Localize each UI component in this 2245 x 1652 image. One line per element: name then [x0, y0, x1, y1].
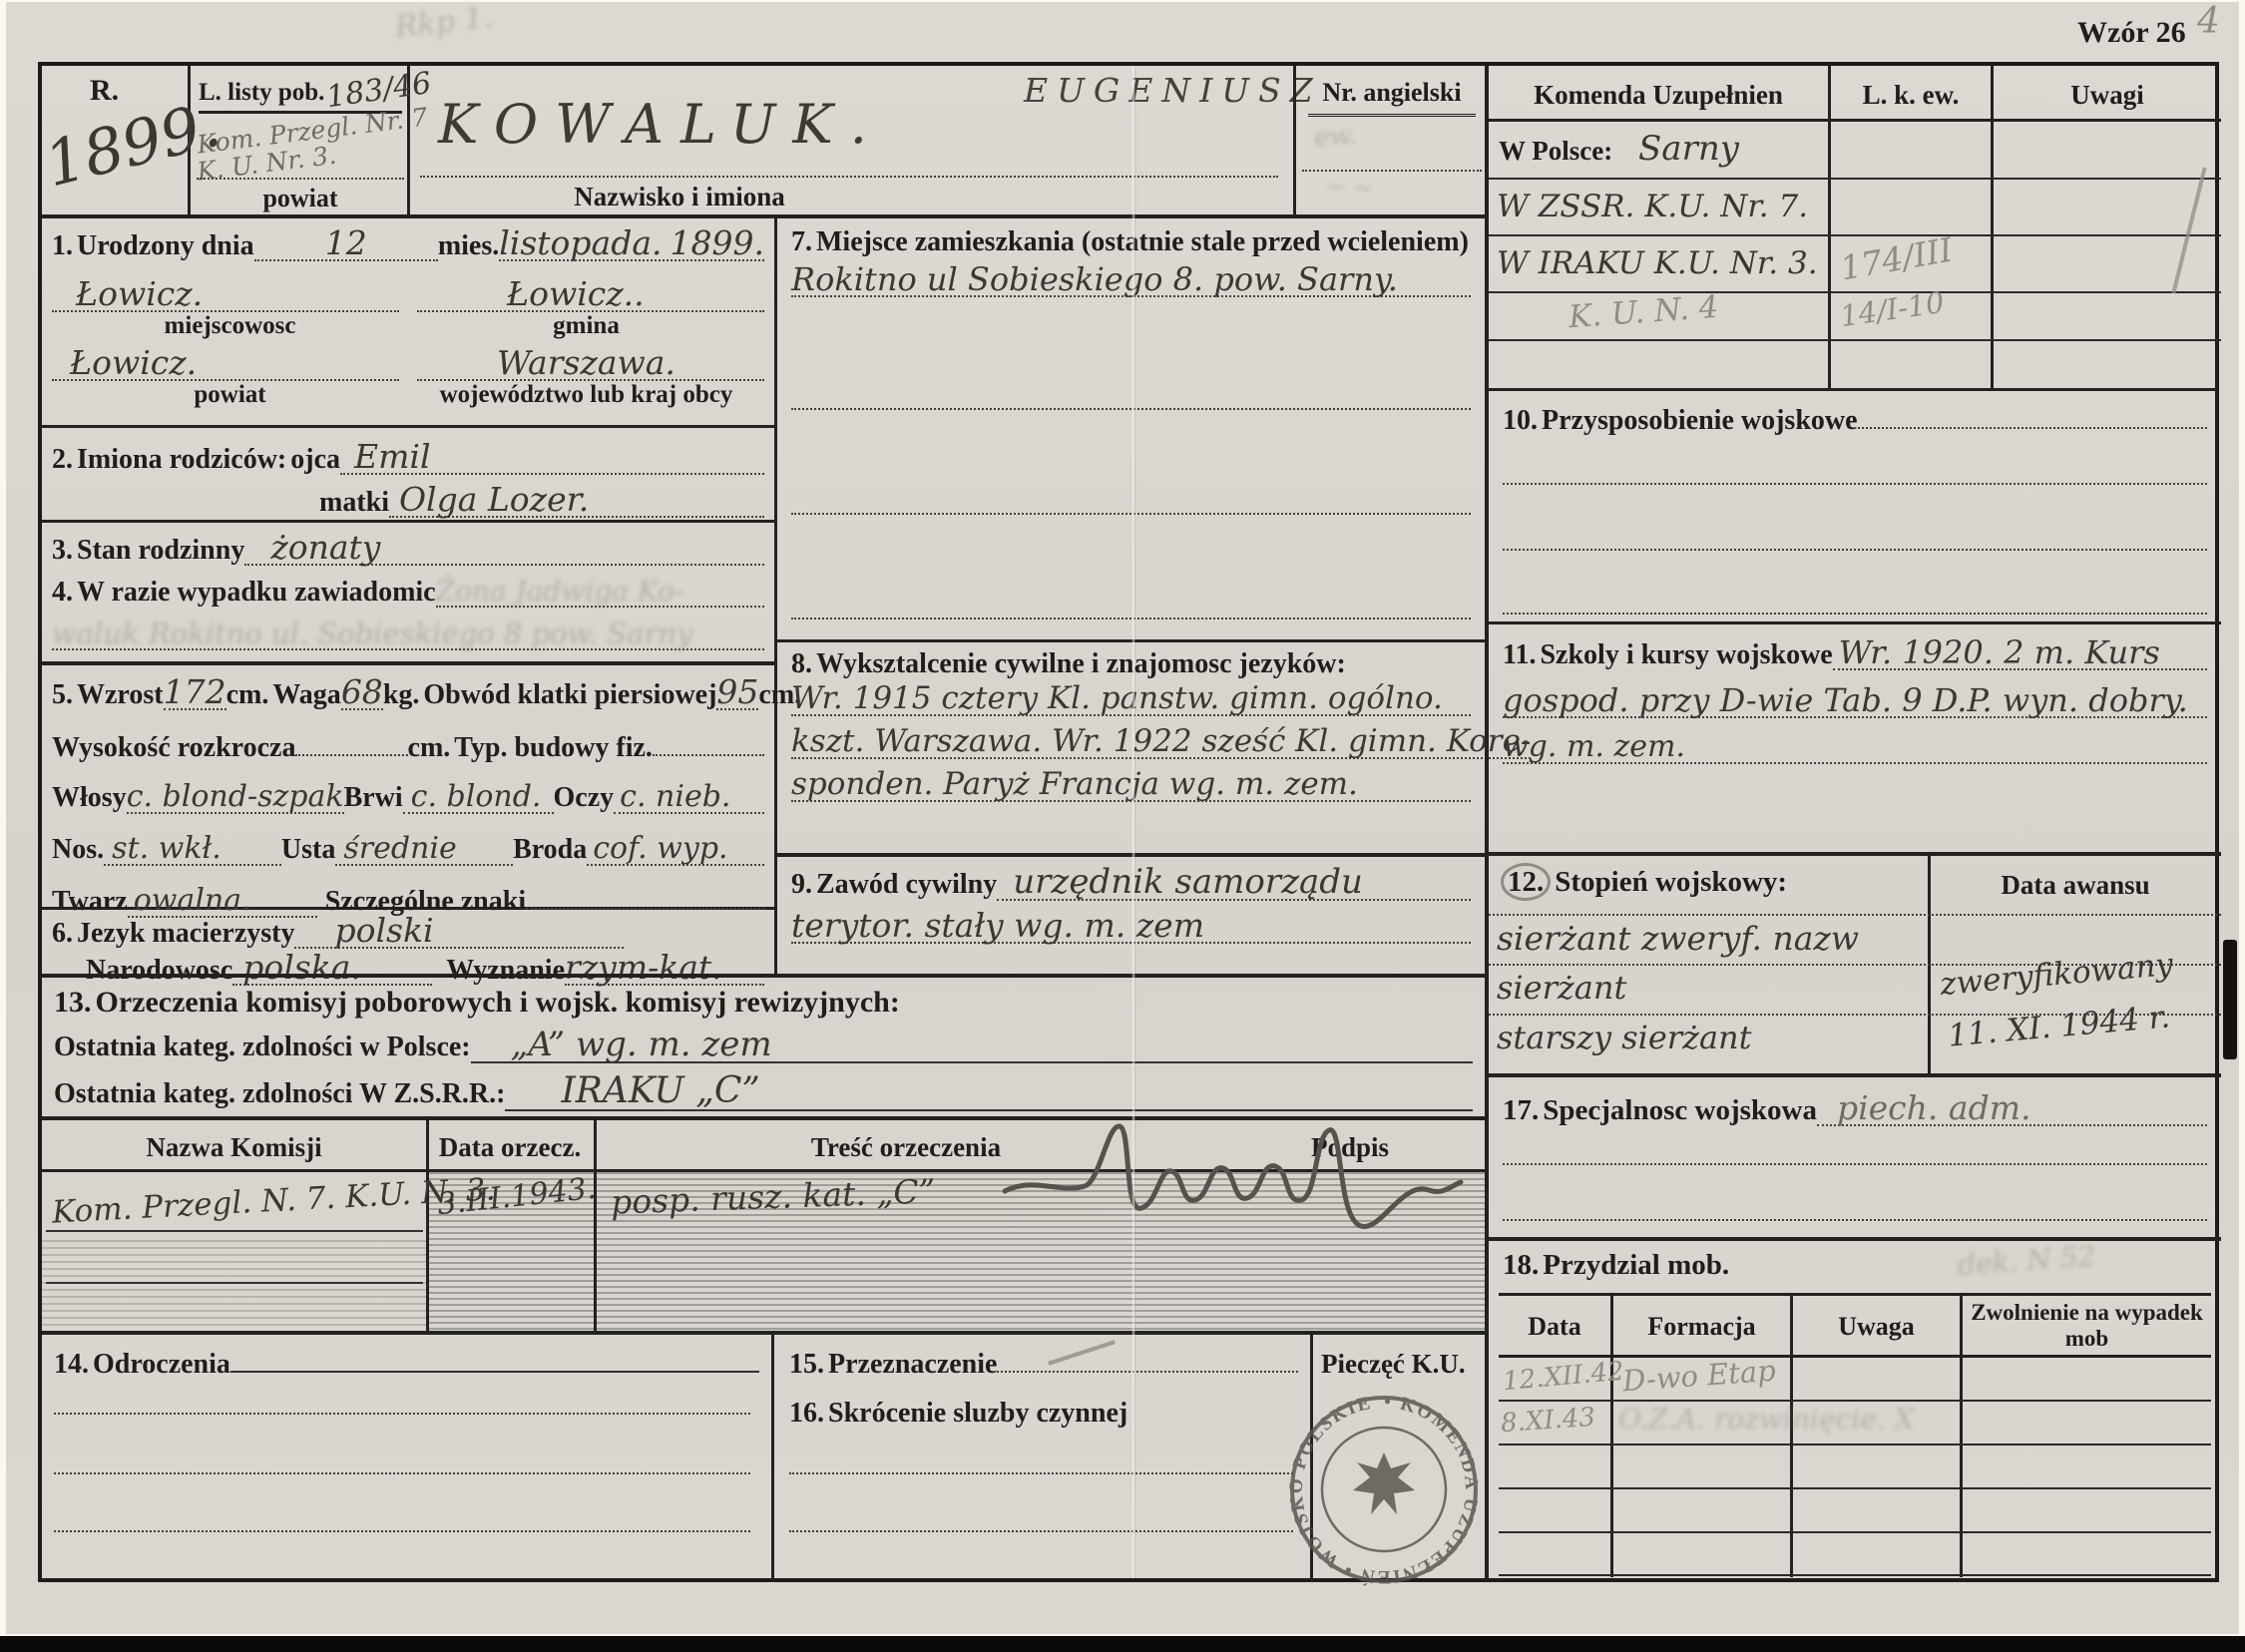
section-12-rank: 12. Stopień wojskowy: Data awansu sierża…	[1489, 856, 2221, 1077]
given-name-handwritten: EUGENIUSZ	[1024, 74, 1322, 107]
komenda-panel: Komenda Uzupełnien L. k. ew. Uwagi W Pol…	[1485, 66, 2217, 391]
s6-value-handwritten: polski	[334, 911, 433, 950]
s5-nos-label: Nos.	[52, 834, 104, 865]
s18-no: 18.	[1503, 1249, 1539, 1281]
s5-oczy-label: Oczy	[554, 782, 615, 813]
fold-crease	[1131, 66, 1136, 1578]
section-15-16: 15. Przeznaczenie 16. Skrócenie sluzby c…	[777, 1335, 1313, 1582]
s14-no: 14.	[54, 1349, 89, 1380]
s16-label: Skrócenie sluzby czynnej	[828, 1398, 1127, 1429]
section-14-deferrals: 14. Odroczenia	[42, 1335, 774, 1582]
s11-label: Szkoly i kursy wojskowe	[1540, 639, 1832, 670]
s5-nos-handwritten: st. wkł.	[112, 831, 222, 866]
s1-miejscowosc-handwritten: Łowicz.	[76, 274, 203, 313]
s1-wojewodztwo-label: województwo lub kraj obcy	[408, 381, 764, 409]
s8-label: Wyksztalcenie cywilne i znajomosc jezykó…	[816, 648, 1346, 679]
s13-polska-label: Ostatnia kateg. zdolności w Polsce:	[54, 1032, 471, 1062]
s5-broda-handwritten: cof. wyp.	[593, 831, 727, 866]
s13-label: Orzeczenia komisyj poborowych i wojsk. k…	[96, 986, 900, 1020]
s5-brwi-handwritten: c. blond.	[411, 779, 542, 814]
mob-col-data: Data	[1499, 1312, 1610, 1341]
s2-label: Imiona rodziców:	[77, 444, 286, 475]
s6-label: Jezyk macierzysty	[77, 918, 294, 949]
s12-awans2-handwritten: 11. XI. 1944 r.	[1947, 1002, 2171, 1051]
s4-label: W razie wypadku zawiadomic	[77, 577, 436, 608]
s5-wzrost-handwritten: 172	[164, 672, 226, 711]
s11-line3-handwritten: wg. m. zem.	[1503, 729, 1685, 764]
s4-pencil-line1: Żona Jadwiga Ko-	[436, 575, 684, 608]
s5-oczy-handwritten: c. nieb.	[620, 779, 730, 814]
s2-father-handwritten: Emil	[354, 437, 431, 476]
komenda-row2-value: W ZSSR. K.U. Nr. 7.	[1497, 192, 1808, 222]
pencil-corner-mark: 4	[2197, 4, 2220, 40]
komenda-row4-value-pencil: K. U. N. 4	[1568, 292, 1719, 333]
s9-line1-handwritten: urzędnik samorządu	[1013, 862, 1363, 902]
s13-zsrr-label: Ostatnia kateg. zdolności W Z.S.R.R.:	[54, 1078, 505, 1109]
s12-no-circled: 12.	[1501, 863, 1551, 901]
s1-day-handwritten: 12	[325, 223, 367, 262]
s1-gmina-label: gmina	[408, 312, 764, 340]
s5-wlosy-handwritten: c. blond-szpak	[127, 779, 344, 814]
nrang-pencil-smudge-1: ew.	[1313, 123, 1358, 152]
s13-no: 13.	[54, 986, 92, 1020]
s17-label: Specjalnosc wojskowa	[1543, 1094, 1817, 1126]
s12-data-awansu-label: Data awansu	[1931, 870, 2220, 900]
mob-row2-data-pencil: 8.XI.43	[1500, 1405, 1596, 1438]
s1-miejscowosc-label: miejscowosc	[52, 312, 408, 340]
s15-label: Przeznaczenie	[828, 1349, 997, 1380]
s18-label: Przydzial mob.	[1543, 1249, 1729, 1281]
mob-col-zwolnienie: Zwolnienie na wypadek mob	[1963, 1300, 2211, 1353]
header-nrang-cell: Nr. angielski ew. ~ ~	[1293, 66, 1485, 218]
s11-line1-handwritten: Wr. 1920. 2 m. Kurs	[1839, 633, 2160, 671]
s8-line3-handwritten: sponden. Paryż Francja wg. m. zem.	[791, 766, 1358, 802]
form-frame: R. 1899. L. listy pob. 183/46 Kom. Przeg…	[38, 62, 2219, 1582]
commission-table: Nazwa Komisji Data orzecz. Treść orzecze…	[42, 1116, 1485, 1331]
s12-awans1-handwritten: zweryfikowany	[1939, 950, 2174, 1001]
s8-line1-handwritten: Wr. 1915 cztery Kl. panstw. gimn. ogólno…	[791, 680, 1443, 716]
section-11-military-schools: 11. Szkoly i kursy wojskowe Wr. 1920. 2 …	[1489, 624, 2221, 856]
s10-no: 10.	[1503, 405, 1538, 436]
s5-wlosy-label: Włosy	[52, 782, 127, 813]
s1-wojewodztwo-handwritten: Warszawa.	[497, 343, 675, 382]
mob-row2-formacja-pencil: O.Z.A. rozwinięcie. X	[1618, 1406, 1915, 1434]
s4-pencil-line2: waluk Rokitno ul. Sobieskiego 8 pow. Sar…	[52, 617, 692, 650]
s4-no: 4.	[52, 577, 73, 608]
header-band: R. 1899. L. listy pob. 183/46 Kom. Przeg…	[42, 66, 1485, 218]
s1-no: 1.	[52, 230, 73, 261]
stamp-cell: Pieczęć K.U. • KOMENDA UZUPEŁNIEŃ • WOJS…	[1313, 1335, 1485, 1582]
s1-mies-label: mies.	[438, 230, 499, 261]
s2-no: 2.	[52, 444, 73, 475]
s1-year-handwritten: 1899.	[671, 223, 764, 262]
s9-label: Zawód cywilny	[816, 869, 997, 900]
section-3-marital: 3. Stan rodzinny żonaty	[42, 523, 774, 571]
listy-label: L. listy pob.	[199, 79, 324, 107]
form-code: Wzór 26	[2077, 16, 2186, 50]
s14-label: Odroczenia	[93, 1349, 230, 1380]
r-label: R.	[90, 74, 119, 108]
s3-value-handwritten: żonaty	[270, 528, 380, 567]
signature	[1000, 1106, 1469, 1246]
s5-cm1: cm.	[226, 679, 269, 710]
commission-col-data: Data orzecz.	[429, 1132, 591, 1162]
section-18-mob: 18. Przydzial mob. dek. N 52 Data Formac…	[1489, 1241, 2221, 1580]
section-6-language: 6. Jezyk macierzysty polski Narodowosc p…	[42, 910, 774, 974]
komenda-row3-lkew-pencil: 174/III	[1838, 232, 1955, 284]
s5-waga-label: Waga	[272, 679, 340, 710]
s13-polska-value-handwritten: „A” wg. m. zem	[511, 1025, 772, 1064]
nr-angielski-label: Nr. angielski	[1296, 78, 1488, 107]
section-13-verdicts: 13. Orzeczenia komisyj poborowych i wojs…	[42, 974, 1485, 1116]
s8-no: 8.	[791, 648, 812, 679]
komenda-header: Komenda Uzupełnien	[1489, 80, 1828, 110]
s10-label: Przysposobienie wojskowe	[1542, 405, 1858, 436]
s5-broda-label: Broda	[513, 834, 587, 865]
s5-obwod-handwritten: 95	[716, 672, 758, 711]
mob-table: Data Formacja Uwaga Zwolnienie na wypade…	[1499, 1293, 2211, 1574]
s5-rozkrocz-label: Wysokość rozkrocza	[52, 732, 295, 763]
header-listy-cell: L. listy pob. 183/46 Kom. Przegl. Nr. 7 …	[191, 66, 410, 218]
s1-gmina-handwritten: Łowicz..	[507, 274, 645, 313]
mob-row1-formacja-pencil: D-wo Etap	[1621, 1357, 1776, 1397]
komenda-row1-value: Sarny	[1638, 132, 1739, 166]
mob-row1-data-pencil: 12.XII.42	[1502, 1359, 1625, 1396]
section-1-birth: 1. Urodzony dnia 12 mies. listopada. 189…	[42, 218, 774, 428]
scanner-bed-strip	[0, 1636, 2245, 1652]
s12-row2-handwritten: sierżant	[1497, 972, 1626, 1004]
section-17-specialty: 17. Specjalnosc wojskowa piech. adm.	[1489, 1077, 2221, 1241]
nrang-pencil-smudge-2: ~ ~	[1325, 175, 1374, 201]
s5-brwi-label: Brwi	[344, 782, 403, 813]
s5-usta-handwritten: średnie	[343, 831, 456, 866]
s1-powiat-label: powiat	[52, 381, 408, 409]
s5-cm3: cm.	[408, 732, 451, 763]
commission-row1-tresc-handwritten: posp. rusz. kat. „C”	[611, 1174, 936, 1218]
s1-month-handwritten: listopada.	[499, 223, 662, 262]
s5-usta-label: Usta	[281, 834, 335, 865]
scanned-military-form: { "page": { "form_code": "Wzór 26", "cor…	[0, 0, 2245, 1652]
s11-no: 11.	[1503, 639, 1536, 670]
s1-powiat-handwritten: Łowicz.	[70, 343, 197, 382]
s5-waga-handwritten: 68	[341, 672, 383, 711]
s9-line2-handwritten: terytor. stały wg. m. zem	[791, 906, 1204, 945]
s15-no: 15.	[789, 1349, 824, 1380]
names-label: Nazwisko i imiona	[470, 182, 889, 211]
mob-col-uwaga: Uwaga	[1793, 1312, 1960, 1341]
s11-line2-handwritten: gospod. przy D-wie Tab. 9 D.P. wyn. dobr…	[1503, 681, 2188, 719]
s3-label: Stan rodzinny	[77, 535, 244, 566]
s1-label: Urodzony dnia	[77, 230, 254, 261]
uwagi-header: Uwagi	[1994, 80, 2221, 110]
s13-zsrr-value-handwritten: IRAKU „C”	[561, 1070, 759, 1111]
bottom-band: 14. Odroczenia 15. Przeznaczenie 16.	[42, 1331, 1485, 1578]
komenda-row3-value: W IRAKU K.U. Nr. 3.	[1497, 248, 1818, 279]
s16-no: 16.	[789, 1398, 824, 1429]
s5-kg: kg.	[383, 679, 420, 710]
s12-label: Stopień wojskowy:	[1555, 866, 1787, 898]
s5-wzrost-label: Wzrost	[77, 679, 164, 710]
w-polsce-label: W Polsce:	[1499, 136, 1612, 166]
s5-typ-label: Typ. budowy fiz.	[454, 732, 653, 763]
s12-row1-handwritten: sierżant zweryf. nazw	[1497, 922, 1859, 955]
s7-label: Miejsce zamieszkania (ostatnie stale prz…	[816, 226, 1469, 257]
s5-no: 5.	[52, 679, 73, 710]
mob-col-formacja: Formacja	[1613, 1312, 1790, 1341]
s2-ojca-label: ojca	[290, 444, 340, 475]
section-10-training: 10. Przysposobienie wojskowe	[1489, 391, 2221, 624]
s6-no: 6.	[52, 918, 73, 949]
section-2-parents: 2. Imiona rodziców: ojca Emil matki Olga…	[42, 428, 774, 523]
paper-background: Wzór 26 Rkp 1. 4 R. 1899. L. listy pob. …	[6, 2, 2239, 1634]
header-name-cell: EUGENIUSZ KOWALUK. Nazwisko i imiona	[410, 66, 1293, 218]
lkew-header: L. k. ew.	[1831, 80, 1991, 110]
ku-round-stamp: • KOMENDA UZUPEŁNIEŃ • WOJSKO POLSKIE	[1269, 1375, 1499, 1604]
s17-no: 17.	[1503, 1094, 1539, 1126]
s9-no: 9.	[791, 869, 812, 900]
s3-no: 3.	[52, 535, 73, 566]
header-r-cell: R. 1899.	[42, 66, 191, 218]
section-4-notify: 4. W razie wypadku zawiadomic Żona Jadwi…	[42, 571, 774, 665]
s7-no: 7.	[791, 226, 812, 257]
scan-edge-artifact	[2223, 940, 2237, 1059]
commission-col-nazwa: Nazwa Komisji	[42, 1132, 426, 1162]
eagle-emblem	[1353, 1452, 1415, 1514]
s2-matki-label: matki	[319, 487, 389, 518]
s2-mother-handwritten: Olga Lozer.	[399, 480, 589, 519]
s7-value-handwritten: Rokitno ul Sobieskiego 8. pow. Sarny.	[791, 260, 1398, 298]
scanline-artifact-left	[42, 1240, 426, 1335]
s17-value-handwritten: piech. adm.	[1837, 1088, 2031, 1127]
komenda-row4-lkew-pencil: 14/I-10	[1838, 288, 1946, 331]
powiat-header-label: powiat	[191, 184, 410, 212]
section-5-physical: 5. Wzrost 172 cm. Waga 68 kg. Obwód klat…	[42, 665, 774, 910]
s18-pencil-note: dek. N 52	[1957, 1242, 2096, 1280]
s5-obwod-label: Obwód klatki piersiowej	[423, 679, 716, 710]
surname-handwritten: KOWALUK.	[438, 98, 884, 152]
pencil-top-note: Rkp 1.	[394, 3, 495, 43]
s8-line2-handwritten: kszt. Warszawa. Wr. 1922 sześć Kl. gimn.…	[791, 723, 1531, 759]
s12-row3-handwritten: starszy sierżant	[1497, 1022, 1751, 1053]
right-column: 10. Przysposobienie wojskowe 11. Szkoly …	[1485, 391, 2217, 1580]
